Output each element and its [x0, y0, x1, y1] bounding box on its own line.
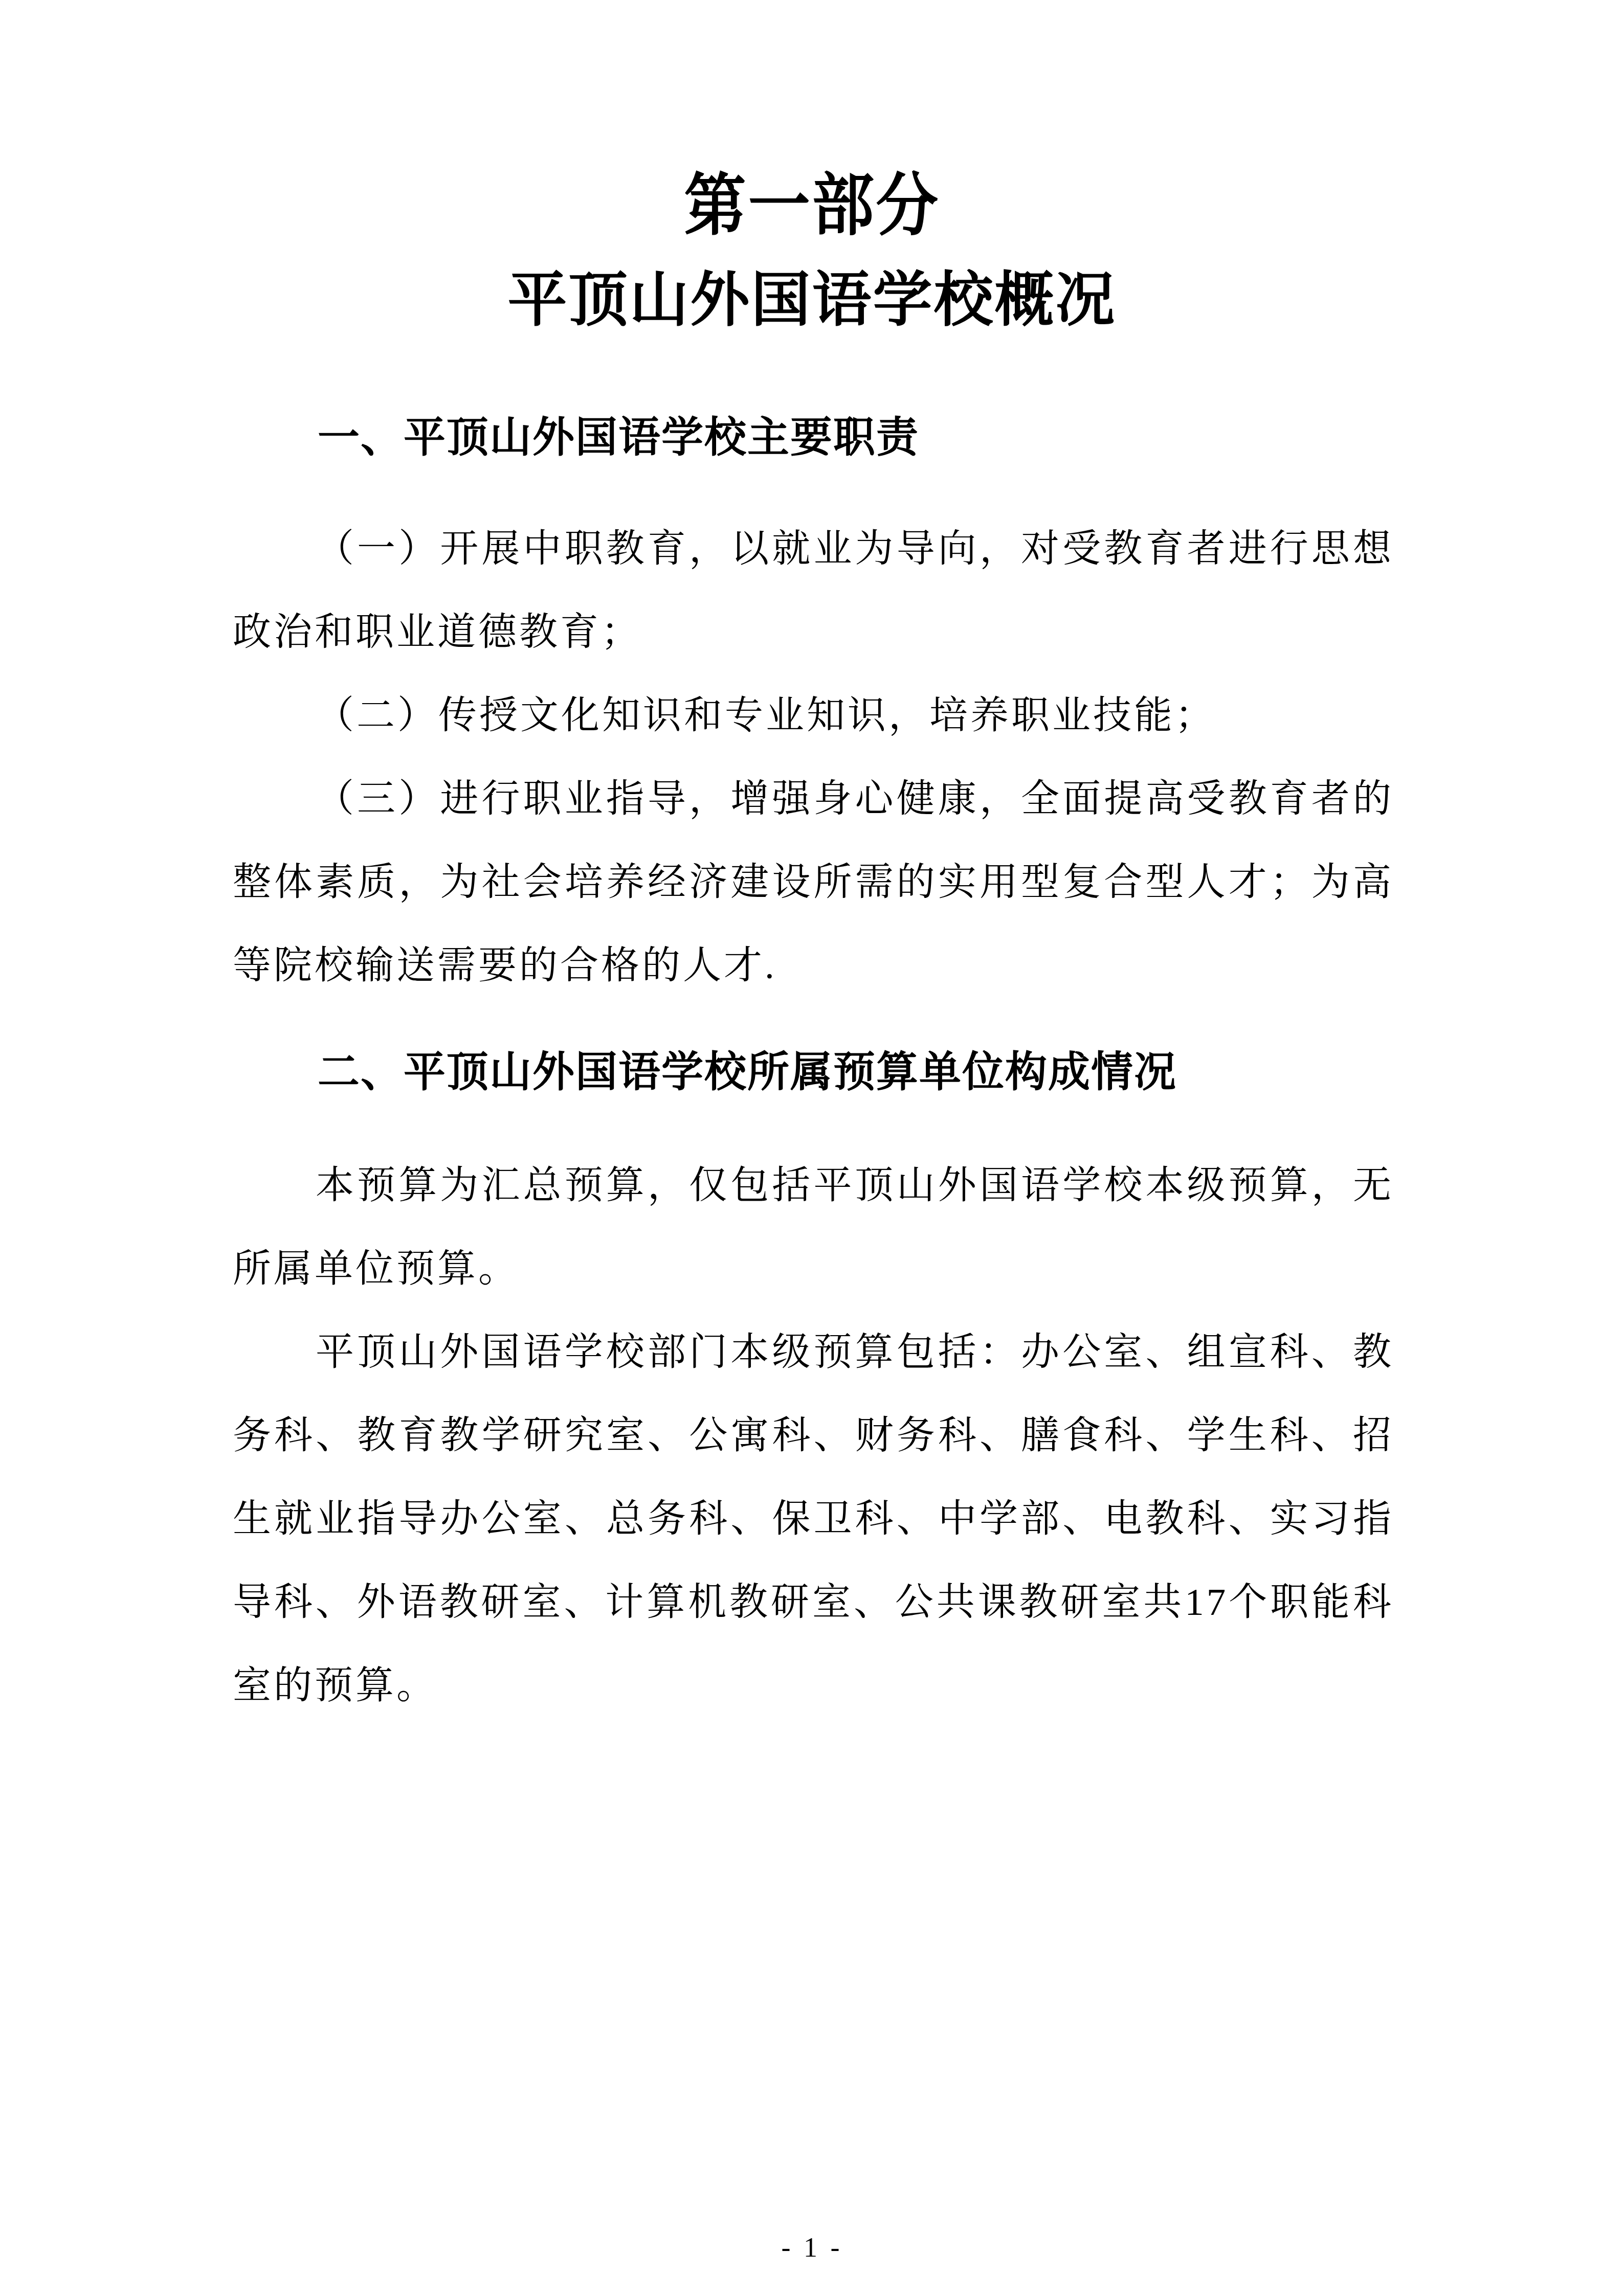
section-1-paragraph-1: （一）开展中职教育，以就业为导向，对受教育者进行思想政治和职业道德教育；: [233, 507, 1394, 674]
section-2-paragraph-2: 平顶山外国语学校部门本级预算包括：办公室、组宣科、教务科、教育教学研究室、公寓科…: [233, 1311, 1394, 1727]
section-2-heading: 二、平顶山外国语学校所属预算单位构成情况: [233, 1050, 1394, 1094]
document-title-part: 第一部分: [65, 172, 1559, 239]
section-2-body: 本预算为汇总预算，仅包括平顶山外国语学校本级预算，无所属单位预算。 平顶山外国语…: [233, 1144, 1394, 1727]
section-1-body: （一）开展中职教育，以就业为导向，对受教育者进行思想政治和职业道德教育； （二）…: [233, 507, 1394, 1007]
section-1-paragraph-2: （二）传授文化知识和专业知识，培养职业技能；: [233, 674, 1394, 757]
page-number: - 1 -: [0, 2234, 1624, 2261]
section-1-paragraph-3: （三）进行职业指导，增强身心健康，全面提高受教育者的整体素质，为社会培养经济建设…: [233, 757, 1394, 1007]
section-1-heading: 一、平顶山外国语学校主要职责: [233, 416, 1394, 460]
document-page: 第一部分 平顶山外国语学校概况 一、平顶山外国语学校主要职责 （一）开展中职教育…: [0, 0, 1624, 2296]
section-2-paragraph-1: 本预算为汇总预算，仅包括平顶山外国语学校本级预算，无所属单位预算。: [233, 1144, 1394, 1311]
document-title-school: 平顶山外国语学校概况: [0, 270, 1624, 329]
